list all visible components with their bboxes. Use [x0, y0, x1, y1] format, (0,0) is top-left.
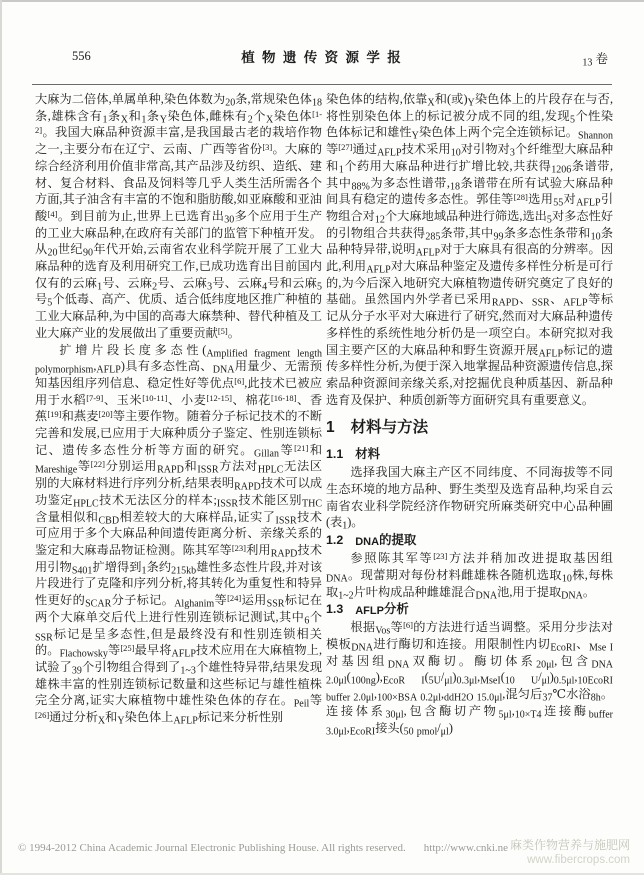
journal-title: 植 物 遗 传 资 源 学 报 [0, 46, 644, 66]
scan-edge-left [0, 0, 2, 875]
subsection-heading-dna-extraction: 1.2DNA的提取 [326, 532, 613, 549]
subsection-number: 1.2 [326, 533, 343, 547]
right-column: 染色体的结构,依靠X和(或)Y染色体上的片段存在与否,将性别染色体上的标记被分成… [326, 91, 613, 736]
scan-edge-top [0, 0, 644, 2]
section-title: 材料与方法 [351, 419, 429, 436]
body-paragraph: 选择我国大麻主产区不同纬度、不同海拔等不同生态环境的地方品种、野生类型及选育品种… [326, 464, 613, 531]
watermark-site-name: 麻类作物营养与施肥网 [510, 838, 630, 853]
subsection-number: 1.3 [326, 602, 343, 616]
subsection-heading-materials: 1.1材料 [326, 446, 613, 463]
subsection-number: 1.1 [326, 447, 343, 461]
subsection-title: AFLP分析 [355, 602, 409, 616]
section-heading-materials-methods: 1材料与方法 [326, 417, 613, 438]
body-paragraph: 扩增片段长度多态性(Amplified fragment length poly… [35, 342, 322, 726]
site-watermark: 麻类作物营养与施肥网 www.fibercrops.com [510, 838, 630, 868]
cnki-url: http://www.cnki.ne [424, 842, 508, 854]
body-paragraph: 参照陈其军等[23]方法并稍加改进提取基因组DNA。现蕾期对每份材料雌雄株各随机… [326, 550, 613, 600]
header-rule [32, 84, 612, 85]
body-paragraph: 染色体的结构,依靠X和(或)Y染色体上的片段存在与否,将性别染色体上的标记被分成… [326, 91, 613, 408]
section-number: 1 [326, 419, 335, 436]
left-column: 大麻为二倍体,单属单种,染色体数为20条,常规染色体18条,雄株含有1条X和1条… [35, 91, 322, 726]
subsection-title: 材料 [355, 447, 380, 461]
scanned-paper-page: { "header": { "page_number": "556", "jou… [0, 0, 644, 875]
body-paragraph: 根据Vos等[6]的方法进行适当调整。采用分步法对模板DNA进行酶切和连接。用限… [326, 619, 613, 736]
watermark-site-url: www.fibercrops.com [510, 853, 630, 868]
body-paragraph: 大麻为二倍体,单属单种,染色体数为20条,常规染色体18条,雄株含有1条X和1条… [35, 91, 322, 342]
subsection-title: DNA的提取 [355, 533, 416, 547]
volume-label: 13 卷 [582, 49, 608, 67]
copyright-text: © 1994-2012 China Academic Journal Elect… [18, 842, 406, 854]
subsection-heading-aflp-analysis: 1.3AFLP分析 [326, 601, 613, 618]
